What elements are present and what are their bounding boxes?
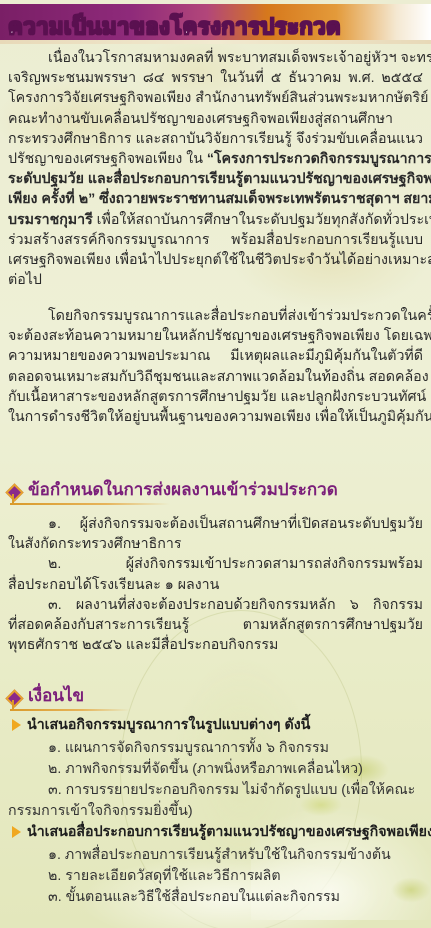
condition-group-heading: นำเสนอกิจกรรมบูรณาการในรูปแบบต่างๆ ดังนี… — [12, 714, 310, 736]
header-banner: ความเป็นมาของโครงการประกวด — [0, 4, 431, 40]
intro-paragraph: เนื่องในวโรกาสมหามงคลที่ พระบาทสมเด็จพระ… — [8, 48, 423, 290]
condition-item: ๒. รายละเอียดวัสดุที่ใช้และวิธีการผลิต — [48, 865, 281, 887]
objective-paragraph: โดยกิจกรรมบูรณาการและสื่อประกอบที่ส่งเข้… — [8, 306, 423, 427]
triangle-bullet-icon — [12, 826, 21, 838]
text-line: ในการดำรงชีวิตให้อยู่บนพื้นฐานของความพอเ… — [8, 407, 423, 427]
text-line: เจริญพระชนมพรรษา ๘๔ พรรษา ในวันที่ ๕ ธัน… — [8, 68, 423, 88]
text-line: โดยกิจกรรมบูรณาการและสื่อประกอบที่ส่งเข้… — [8, 306, 423, 326]
condition-item: ๑. ภาพสื่อประกอบการเรียนรู้สำหรับใช้ในกิ… — [48, 844, 391, 866]
text-line: กระทรวงศึกษาธิการ และสถาบันวิจัยการเรียน… — [8, 129, 423, 149]
banner-divider — [0, 40, 431, 44]
diamond-bullet-icon — [5, 689, 23, 707]
section-title: ข้อกำหนดในการส่งผลงานเข้าร่วมประกวด — [28, 476, 338, 503]
section-requirements: ข้อกำหนดในการส่งผลงานเข้าร่วมประกวด — [6, 476, 426, 506]
text-line: กับเนื้อหาสาระของหลักสูตรการศึกษาปฐมวัย … — [8, 387, 423, 407]
project-name-bold: ระดับปฐมวัย และสื่อประกอบการเรียนรู้ตามแ… — [8, 171, 431, 187]
condition-item-cont: กรรมการเข้าใจกิจกรรมยิ่งขึ้น) — [8, 800, 193, 822]
section-title: เงื่อนไข — [28, 682, 84, 709]
text-line: ความหมายของความพอประมาณ มีเหตุผลและมีภูม… — [8, 346, 423, 366]
text-fragment: ปรัชญาของเศรษฐกิจพอเพียง ใน — [8, 151, 207, 167]
requirement-item-cont: ที่สอดคล้องกับสาระการเรียนรู้ ตามหลักสูต… — [8, 615, 423, 635]
text-line: ระดับปฐมวัย และสื่อประกอบการเรียนรู้ตามแ… — [8, 169, 423, 189]
text-line: เศรษฐกิจพอเพียง เพื่อนำไปประยุกต์ใช้ในชี… — [8, 250, 423, 270]
requirement-item-cont: สื่อประกอบได้โรงเรียนละ ๑ ผลงาน — [8, 575, 423, 595]
condition-item: ๓. การบรรยายประกอบกิจกรรม ไม่จำกัดรูปแบบ… — [48, 779, 415, 801]
condition-item: ๑. แผนการจัดกิจกรรมบูรณาการทั้ง ๖ กิจกรร… — [48, 737, 329, 759]
page-title: ความเป็นมาของโครงการประกวด — [8, 9, 341, 44]
text-line: เพียง ครั้งที่ ๒” ซึ่งถวายพระราชทานสมเด็… — [8, 189, 423, 209]
triangle-bullet-icon — [12, 719, 21, 731]
text-line: ตลอดจนเหมาะสมกับวิถีชุมชนและสภาพแวดล้อมใ… — [8, 367, 423, 387]
requirement-item: ๓. ผลงานที่ส่งจะต้องประกอบด้วยกิจกรรมหลั… — [8, 595, 423, 615]
subheading-text: นำเสนอสื่อประกอบการเรียนรู้ตามแนวปรัชญาข… — [27, 824, 431, 840]
requirements-list: ๑. ผู้ส่งกิจกรรมจะต้องเป็นสถานศึกษาที่เป… — [8, 514, 423, 655]
requirement-item: ๒. ผู้ส่งกิจกรรมเข้าประกวดสามารถส่งกิจกร… — [8, 554, 423, 574]
text-line: ร่วมสร้างสรรค์กิจกรรมบูรณาการ พร้อมสื่อป… — [8, 230, 423, 250]
text-line: เนื่องในวโรกาสมหามงคลที่ พระบาทสมเด็จพระ… — [8, 48, 423, 68]
text-line: คณะทำงานขับเคลื่อนปรัชญาของเศรษฐกิจพอเพี… — [8, 109, 423, 129]
project-name-bold: “โครงการประกวดกิจกรรมบูรณาการ — [207, 151, 431, 167]
condition-group-heading: นำเสนอสื่อประกอบการเรียนรู้ตามแนวปรัชญาข… — [12, 821, 431, 843]
text-line: ปรัชญาของเศรษฐกิจพอเพียง ใน “โครงการประก… — [8, 149, 423, 169]
text-line: บรมราชกุมารี เพื่อให้สถาบันการศึกษาในระด… — [8, 210, 423, 230]
project-name-bold: เพียง ครั้งที่ ๒” ซึ่งถวายพระราชทานสมเด็… — [8, 191, 431, 207]
text-line: โครงการวิจัยเศรษฐกิจพอเพียง สำนักงานทรัพ… — [8, 88, 423, 108]
requirement-item: ๑. ผู้ส่งกิจกรรมจะต้องเป็นสถานศึกษาที่เป… — [8, 514, 423, 534]
project-name-bold: บรมราชกุมารี — [8, 212, 93, 228]
requirement-item-cont: ในสังกัดกระทรวงศึกษาธิการ — [8, 534, 423, 554]
condition-item: ๒. ภาพกิจกรรมที่จัดขึ้น (ภาพนิ่งหรือภาพเ… — [48, 758, 363, 780]
text-line: จะต้องสะท้อนความหมายในหลักปรัชญาของเศรษฐ… — [8, 326, 423, 346]
text-fragment: เพื่อให้สถาบันการศึกษาในระดับปฐมวัยทุกสั… — [93, 212, 431, 228]
subheading-text: นำเสนอกิจกรรมบูรณาการในรูปแบบต่างๆ ดังนี… — [27, 717, 310, 733]
condition-item: ๓. ขั้นตอนและวิธีใช้สื่อประกอบในแต่ละกิจ… — [48, 886, 340, 908]
requirement-item-cont: พุทธศักราช ๒๕๔๖ และมีสื่อประกอบกิจกรรม — [8, 635, 423, 655]
section-conditions: เงื่อนไข — [6, 682, 426, 712]
section-underline — [10, 503, 170, 505]
diamond-bullet-icon — [5, 483, 23, 501]
text-line: ต่อไป — [8, 270, 423, 290]
section-underline — [10, 709, 130, 711]
